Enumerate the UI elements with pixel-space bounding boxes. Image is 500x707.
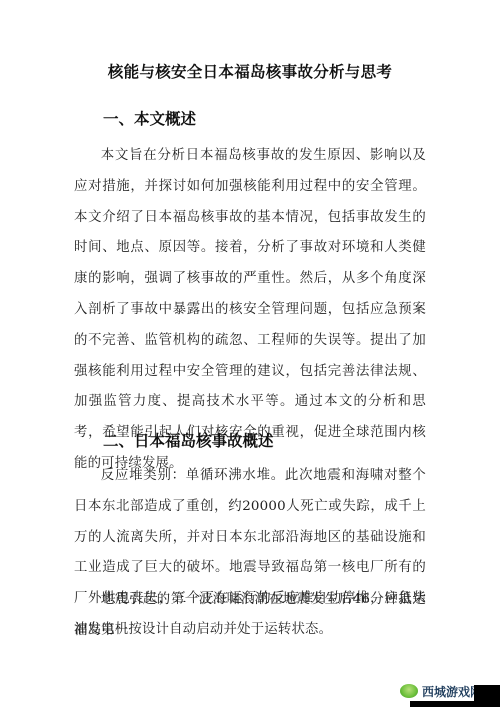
leaf-logo-icon bbox=[400, 684, 418, 698]
section-heading-accident-summary: 二、日本福岛核事故概述 bbox=[103, 429, 274, 451]
document-page: 核能与核安全日本福岛核事故分析与思考 一、本文概述 本文旨在分析日本福岛核事故的… bbox=[0, 0, 500, 707]
document-title: 核能与核安全日本福岛核事故分析与思考 bbox=[0, 60, 500, 82]
paragraph-tsunami: 地震引起的第一波海啸浪潮在地震发生后46分钟抵达福岛第一 bbox=[74, 585, 426, 647]
section-heading-overview: 一、本文概述 bbox=[103, 107, 196, 129]
watermark-black-bar bbox=[410, 701, 500, 707]
watermark-text: 西城游戏网 bbox=[422, 683, 482, 700]
site-watermark: 西城游戏网 bbox=[400, 675, 500, 707]
